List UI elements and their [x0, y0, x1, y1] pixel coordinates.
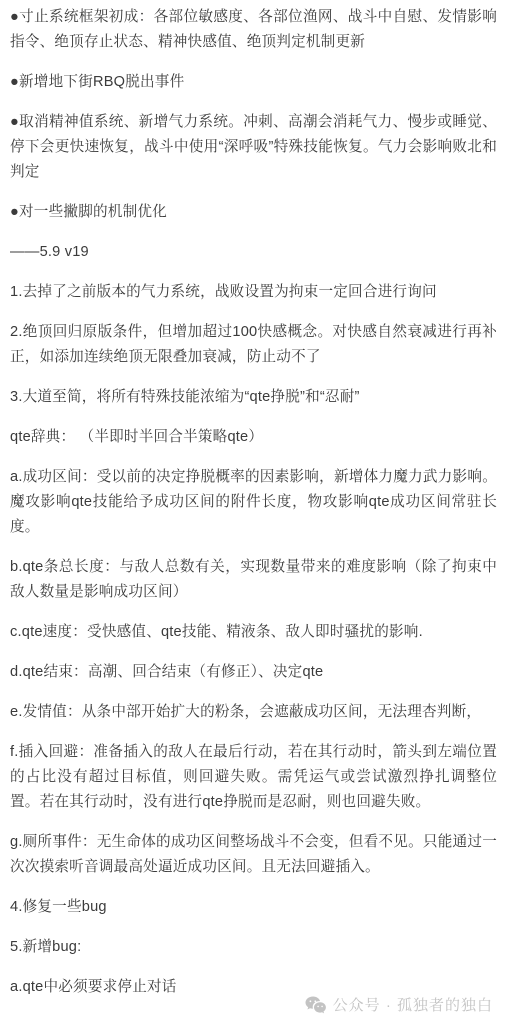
qte-dictionary-entry: c.qte速度：受快感值、qte技能、精液条、敌人即时骚扰的影响. — [10, 620, 497, 645]
changelog-item: 2.绝顶回归原版条件，但增加超过100快感概念。对快感自然衰减进行再补正，如添加… — [10, 320, 497, 370]
qte-dictionary-entry: e.发情值：从条中部开始扩大的粉条，会遮蔽成功区间，无法理杏判断， — [10, 700, 497, 725]
changelog-paragraph: ●取消精神值系统、新增气力系统。冲刺、高潮会消耗气力、慢步或睡觉、停下会更快速恢… — [10, 110, 497, 185]
wechat-icon — [305, 996, 327, 1014]
changelog-paragraph: ●寸止系统框架初成：各部位敏感度、各部位渔网、战斗中自慰、发情影响指令、绝顶存止… — [10, 5, 497, 55]
changelog-item: 3.大道至简，将所有特殊技能浓缩为“qte挣脱”和“忍耐” — [10, 385, 497, 410]
changelog-paragraph: ●新增地下街RBQ脱出事件 — [10, 70, 497, 95]
qte-dictionary-entry: a.成功区间：受以前的决定挣脱概率的因素影响，新增体力魔力武力影响。魔攻影响qt… — [10, 465, 497, 540]
changelog-paragraph: ●对一些撇脚的机制优化 — [10, 200, 497, 225]
changelog-item: 5.新增bug: — [10, 935, 497, 960]
qte-dictionary-heading: qte辞典： （半即时半回合半策略qte） — [10, 425, 497, 450]
qte-dictionary-entry: d.qte结束：高潮、回合结束（有修正）、决定qte — [10, 660, 497, 685]
changelog-item: 1.去掉了之前版本的气力系统，战败设置为拘束一定回合进行询问 — [10, 280, 497, 305]
watermark: 公众号 · 孤独者的独白 — [301, 994, 493, 1015]
qte-dictionary-entry: b.qte条总长度：与敌人总数有关，实现数量带来的难度影响（除了拘束中敌人数量是… — [10, 555, 497, 605]
qte-dictionary-entry: g.厕所事件：无生命体的成功区间整场战斗不会变，但看不见。只能通过一次次摸索听音… — [10, 830, 497, 880]
qte-dictionary-entry: f.插入回避：准备插入的敌人在最后行动，若在其行动时，箭头到左端位置的占比没有超… — [10, 740, 497, 815]
watermark-text: 公众号 · 孤独者的独白 — [333, 994, 493, 1015]
version-heading: ——5.9 v19 — [10, 240, 497, 265]
article-page: ●寸止系统框架初成：各部位敏感度、各部位渔网、战斗中自慰、发情影响指令、绝顶存止… — [0, 0, 509, 1024]
changelog-item: 4.修复一些bug — [10, 895, 497, 920]
